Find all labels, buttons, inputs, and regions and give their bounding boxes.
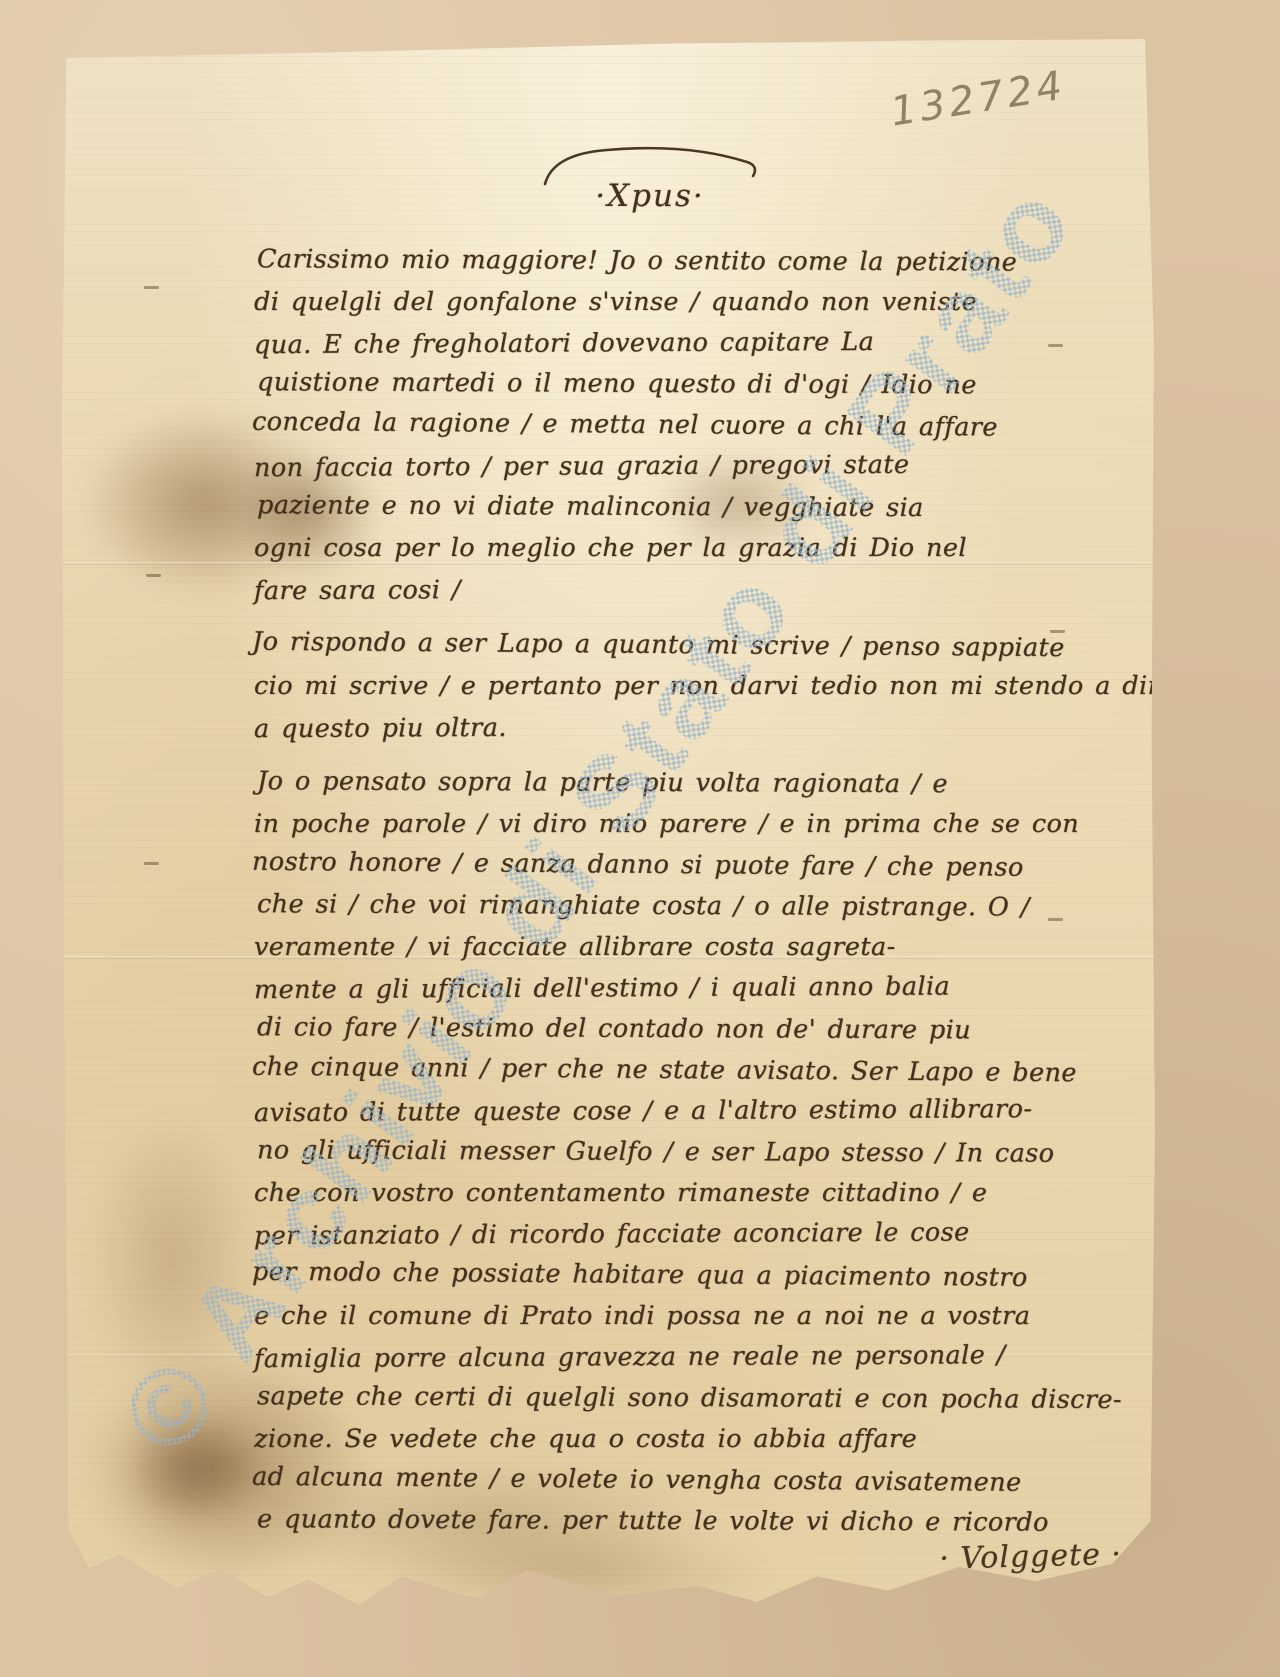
manuscript-line: per istanziato / di ricordo facciate aco… (254, 1212, 1084, 1257)
stitch-mark (144, 286, 159, 289)
manuscript-line: Carissimo mio maggiore! Jo o sentito com… (257, 239, 1087, 284)
manuscript-line: veramente / vi facciate allibrare costa … (254, 927, 1084, 968)
manuscript-line: a questo piu oltra. (254, 705, 1084, 750)
ink-stain (87, 1108, 257, 1408)
manuscript-line: fare sara cosi / (254, 567, 1084, 612)
christogram-text: ·Xpus· (530, 178, 770, 214)
archive-number: 132724 (887, 62, 1069, 135)
stitch-mark (146, 574, 161, 577)
manuscript-line: nostro honore / e sanza danno si puote f… (252, 842, 1082, 890)
manuscript-line: mente a gli ufficiali dell'estimo / i qu… (254, 966, 1084, 1011)
manuscript-paper-sheet: 132724 ·Xpus· Carissimo mio maggiore! Jo… (62, 28, 1156, 1608)
manuscript-line: non faccia torto / per sua grazia / preg… (254, 444, 1084, 489)
manuscript-line: che si / che voi rimanghiate costa / o a… (257, 884, 1087, 929)
manuscript-line: paziente e no vi diate malinconia / vegg… (257, 485, 1087, 530)
manuscript-line: Jo rispondo a ser Lapo a quanto mi scriv… (252, 622, 1082, 670)
manuscript-line: che con vostro contentamento rimaneste c… (254, 1173, 1084, 1214)
manuscript-line: per modo che possiate habitare qua a pia… (252, 1252, 1082, 1300)
manuscript-line: ogni cosa per lo meglio che per la grazi… (254, 528, 1084, 569)
manuscript-line: zione. Se vedete che qua o costa io abbi… (254, 1419, 1084, 1460)
manuscript-line: avisato di tutte queste cose / e a l'alt… (254, 1089, 1084, 1134)
manuscript-line: di quelgli del gonfalone s'vinse / quand… (254, 282, 1084, 323)
manuscript-line: famiglia porre alcuna gravezza ne reale … (254, 1335, 1084, 1380)
stitch-mark (144, 862, 159, 865)
manuscript-line: quistione martedi o il meno questo di d'… (257, 362, 1087, 407)
manuscript-line: cio mi scrive / e pertanto per non darvi… (254, 666, 1084, 707)
manuscript-line: e che il comune di Prato indi possa ne a… (254, 1296, 1084, 1337)
manuscript-line: qua. E che fregholatori dovevano capitar… (254, 321, 1084, 366)
ink-stain (122, 1408, 262, 1528)
manuscript-line: di cio fare / l'estimo del contado non d… (257, 1007, 1087, 1052)
manuscript-line: che cinque anni / per che ne state avisa… (252, 1047, 1082, 1095)
turn-over-note: · Volggete · (882, 1537, 1123, 1578)
manuscript-line: in poche parole / vi diro mio parere / e… (254, 804, 1084, 845)
manuscript-lines: Carissimo mio maggiore! Jo o sentito com… (254, 226, 1084, 1542)
manuscript-line: conceda la ragione / e metta nel cuore a… (252, 402, 1082, 450)
scanned-manuscript-page: { "document": { "archive_number": "13272… (0, 0, 1280, 1677)
manuscript-line: Jo o pensato sopra la parte piu volta ra… (257, 761, 1087, 806)
manuscript-line: no gli ufficiali messer Guelfo / e ser L… (257, 1130, 1087, 1175)
manuscript-line: ad alcuna mente / e volete io vengha cos… (252, 1457, 1082, 1505)
manuscript-line: e quanto dovete fare. per tutte le volte… (257, 1499, 1087, 1544)
manuscript-line: sapete che certi di quelgli sono disamor… (257, 1376, 1087, 1421)
christogram-heading: ·Xpus· (530, 140, 770, 214)
